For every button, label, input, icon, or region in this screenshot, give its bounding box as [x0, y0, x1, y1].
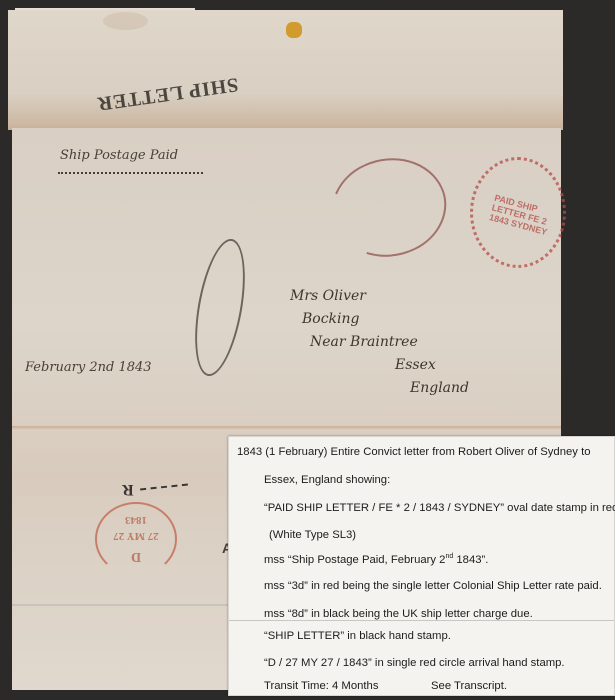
letter-top-flap: SHIP LETTER: [8, 10, 563, 130]
address-line: Near Braintree: [290, 331, 469, 354]
ship-letter-handstamp: SHIP LETTER: [95, 72, 240, 115]
text: 1843”.: [453, 554, 488, 566]
stain: [103, 12, 148, 30]
address-line: Essex: [290, 354, 469, 377]
ship-postage-paid-manuscript: Ship Postage Paid: [60, 148, 178, 163]
description-line: mss “3d” in red being the single letter …: [264, 580, 602, 592]
description-line: “D / 27 MY 27 / 1843” in single red circ…: [264, 657, 565, 669]
oval-stamp-text: PAID SHIP LETTER FE 2 1843 SYDNEY: [488, 193, 554, 238]
description-line: 1843 (1 February) Entire Convict letter …: [237, 446, 591, 458]
transit-time: Transit Time: 4 Months: [264, 680, 378, 692]
text: mss “Ship Postage Paid, February 2: [264, 554, 445, 566]
description-line: “PAID SHIP LETTER / FE * 2 / 1843 / SYDN…: [264, 502, 615, 514]
description-line: mss “Ship Postage Paid, February 2nd 184…: [264, 553, 488, 566]
arrival-circle-stamp: 1843 27 MY 27 D: [95, 502, 177, 576]
address-line: Mrs Oliver: [290, 285, 469, 308]
arrival-stamp-date: 27 MY 27: [97, 530, 175, 542]
divider: [229, 620, 614, 621]
paid-ship-letter-oval-stamp: PAID SHIP LETTER FE 2 1843 SYDNEY: [470, 157, 566, 268]
see-transcript: See Transcript.: [431, 680, 507, 692]
wax-seal-remnant: [286, 22, 302, 38]
description-line: Essex, England showing:: [264, 474, 390, 486]
description-line: mss “8d” in black being the UK ship lett…: [264, 608, 533, 620]
r-handstamp: R: [122, 480, 134, 498]
address-line: Bocking: [290, 308, 469, 331]
description-card: 1843 (1 February) Entire Convict letter …: [228, 436, 615, 696]
address-block: Mrs Oliver Bocking Near Braintree Essex …: [290, 285, 469, 400]
february-date-manuscript: February 2nd 1843: [25, 360, 152, 375]
manuscript-underline: [58, 172, 203, 174]
fold-line: [12, 426, 561, 431]
arrival-stamp-letter: D: [97, 548, 175, 564]
description-line: “SHIP LETTER” in black hand stamp.: [264, 630, 451, 642]
arrival-stamp-year: 1843: [97, 514, 175, 526]
address-line: England: [290, 377, 469, 400]
description-line: (White Type SL3): [269, 529, 356, 541]
